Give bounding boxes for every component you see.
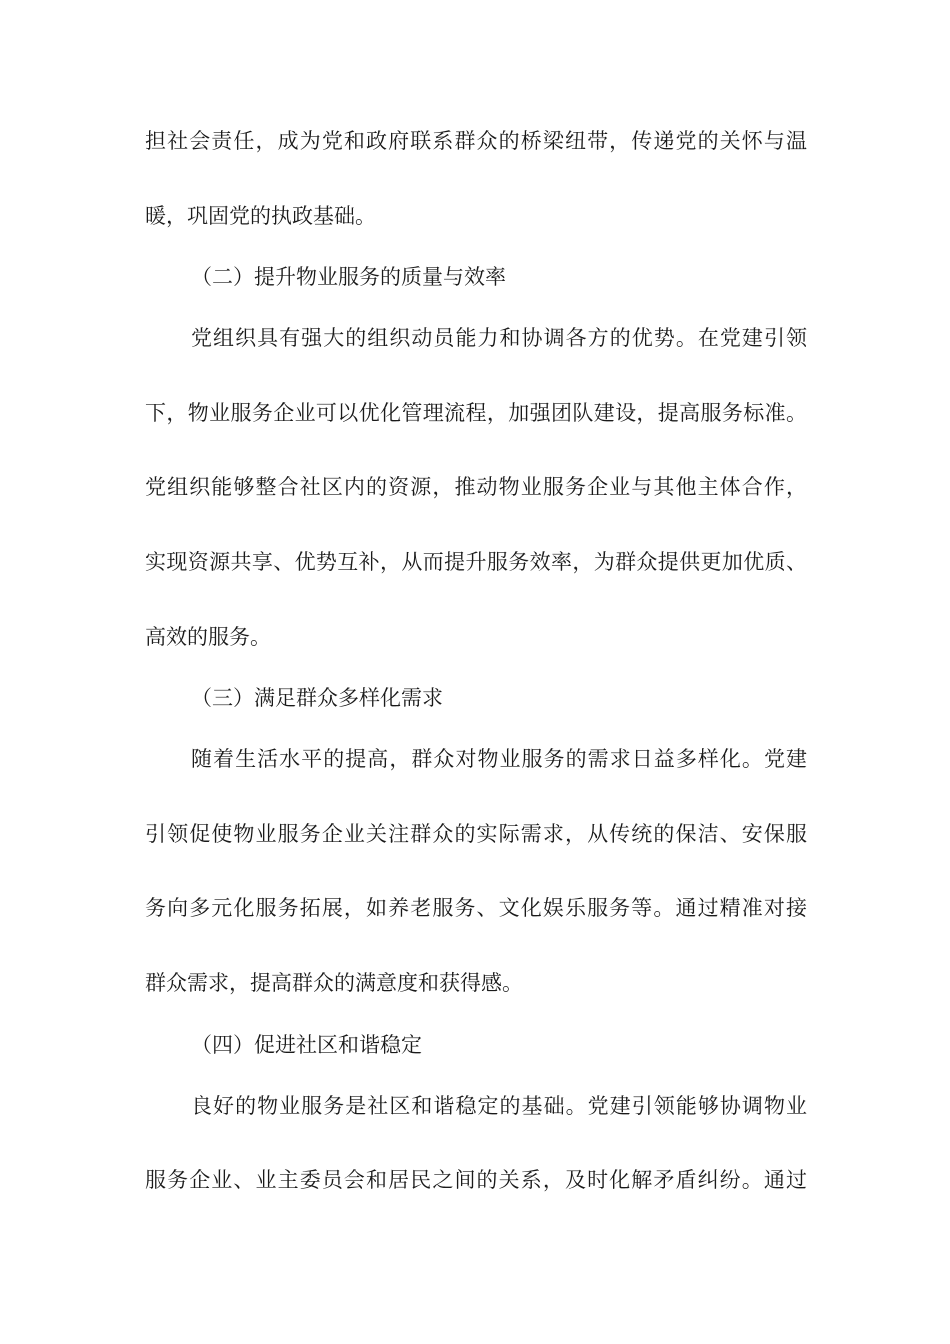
text-line: （四）促进社区和谐稳定 — [145, 1021, 807, 1069]
text-line: （三）满足群众多样化需求 — [145, 674, 807, 722]
text-line: 担社会责任，成为党和政府联系群众的桥梁纽带，传递党的关怀与温 — [145, 104, 807, 179]
section-heading-2: （二）提升物业服务的质量与效率 — [145, 253, 807, 301]
text-line: 暖，巩固党的执政基础。 — [145, 179, 807, 254]
paragraph-2: 党组织具有强大的组织动员能力和协调各方的优势。在党建引领下，物业服务企业可以优化… — [145, 301, 807, 674]
text-line: 下，物业服务企业可以优化管理流程，加强团队建设，提高服务标准。 — [145, 376, 807, 451]
text-line: 引领促使物业服务企业关注群众的实际需求，从传统的保洁、安保服 — [145, 797, 807, 872]
text-line: （二）提升物业服务的质量与效率 — [145, 253, 807, 301]
document-page: 担社会责任，成为党和政府联系群众的桥梁纽带，传递党的关怀与温暖，巩固党的执政基础… — [0, 0, 950, 1344]
section-heading-4: （四）促进社区和谐稳定 — [145, 1021, 807, 1069]
document-body: 担社会责任，成为党和政府联系群众的桥梁纽带，传递党的关怀与温暖，巩固党的执政基础… — [145, 104, 807, 1218]
paragraph-3: 随着生活水平的提高，群众对物业服务的需求日益多样化。党建引领促使物业服务企业关注… — [145, 722, 807, 1020]
text-line: 高效的服务。 — [145, 600, 807, 675]
text-line: 实现资源共享、优势互补，从而提升服务效率，为群众提供更加优质、 — [145, 525, 807, 600]
paragraph-continuation: 担社会责任，成为党和政府联系群众的桥梁纽带，传递党的关怀与温暖，巩固党的执政基础… — [145, 104, 807, 253]
text-line: 良好的物业服务是社区和谐稳定的基础。党建引领能够协调物业 — [145, 1069, 807, 1144]
text-line: 服务企业、业主委员会和居民之间的关系，及时化解矛盾纠纷。通过 — [145, 1143, 807, 1218]
text-line: 党组织具有强大的组织动员能力和协调各方的优势。在党建引领 — [145, 301, 807, 376]
text-line: 务向多元化服务拓展，如养老服务、文化娱乐服务等。通过精准对接 — [145, 871, 807, 946]
section-heading-3: （三）满足群众多样化需求 — [145, 674, 807, 722]
text-line: 随着生活水平的提高，群众对物业服务的需求日益多样化。党建 — [145, 722, 807, 797]
paragraph-4: 良好的物业服务是社区和谐稳定的基础。党建引领能够协调物业服务企业、业主委员会和居… — [145, 1069, 807, 1218]
text-line: 群众需求，提高群众的满意度和获得感。 — [145, 946, 807, 1021]
text-line: 党组织能够整合社区内的资源，推动物业服务企业与其他主体合作， — [145, 450, 807, 525]
